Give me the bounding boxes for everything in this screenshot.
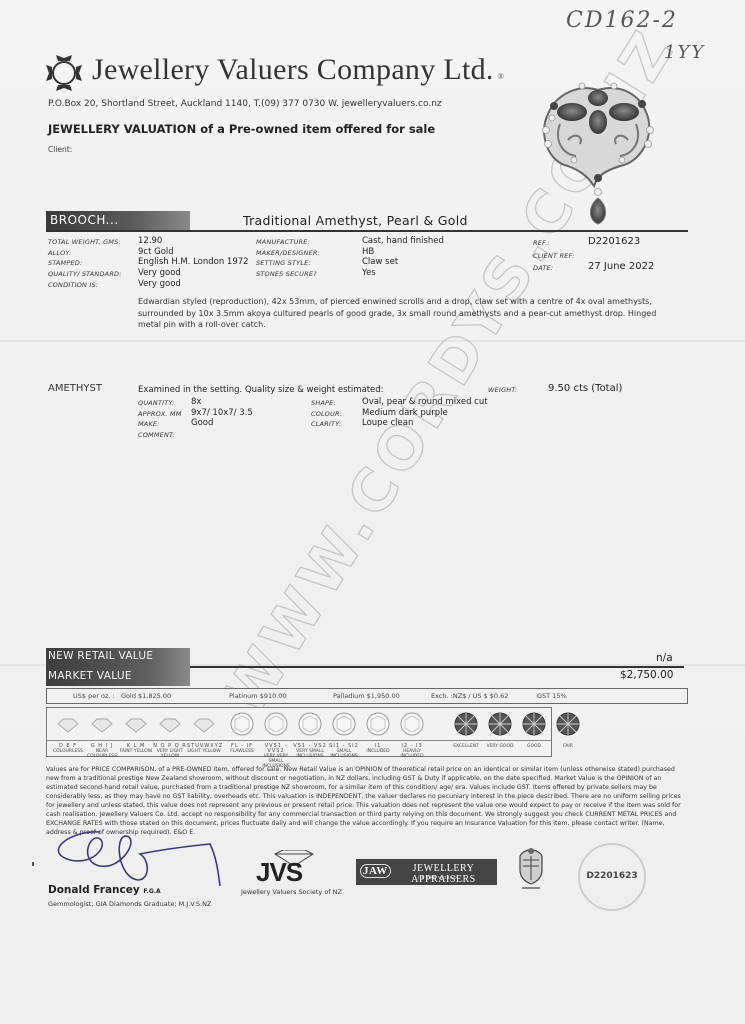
document-title: JEWELLERY VALUATION of a Pre-owned item … [48,122,435,136]
grade-colour: G H I JNEAR COLOURLESS [85,708,119,759]
jaw-name: JEWELLERY APPRAISERS [390,863,497,885]
diamond-side-icon [190,710,218,738]
jaw-mark: JAW [360,864,391,878]
new-retail-value: n/a [656,652,673,664]
diamond-top-icon [452,710,480,738]
ref-field-value: D2201623 [588,236,640,247]
gold-price: Gold $1,825.00 [121,692,171,700]
stone-field-label: COMMENT: [138,431,175,439]
diamond-top-icon [228,710,256,738]
company-address: P.O.Box 20, Shortland Street, Auckland 1… [48,99,442,109]
value-bar: NEW RETAIL VALUE MARKET VALUE [46,648,190,686]
grade-caption: K L MFAINT YELLOW [119,744,153,754]
item-field-value: Yes [362,268,376,278]
valuer-credentials: Gemmologist; GIA Diamonds Graduate; M.J.… [48,900,211,908]
item-field-label: TOTAL WEIGHT, Gms: [48,238,121,246]
stone-weight-value: 9.50 cts (Total) [548,383,622,394]
stone-field-value: 9x7/ 10x7/ 3.5 [191,408,253,418]
company-name: Jewellery Valuers Company Ltd.® [92,53,504,87]
grade-desc: FLAWLESS [230,749,254,754]
grade-cut: EXCELLENT [449,708,483,749]
diamond-top-icon [262,710,290,738]
stone-field-label: MAKE: [138,420,160,428]
grade-cut: GOOD [517,708,551,749]
valuer-name: Donald Francey F.G.A [48,884,161,896]
ref-field-value: 27 June 2022 [588,261,654,272]
grade-desc: VERY SMALL INCLUSIONS [296,749,324,759]
item-field-value: Cast, hand finished [362,236,444,246]
jaw-subtitle: OF THE WORLD [418,875,457,880]
handwritten-note: 1YY [664,42,705,63]
grade-desc: LIGHT YELLOW [187,749,220,754]
grade-cut: VERY GOOD [483,708,517,749]
stone-field-label: SHAPE: [311,399,336,407]
stone-field-value: Good [191,418,213,428]
item-field-value: English H.M. London 1972 [138,257,249,267]
grade-caption: N O P Q RVERY LIGHT YELLOW [153,744,187,759]
stone-note: Examined in the setting. Quality size & … [138,385,384,395]
exchange-rate: Exch. :NZ$ / US $ $0.62 [431,692,508,700]
coat-of-arms-icon [514,846,548,892]
grade-colour: N O P Q RVERY LIGHT YELLOW [153,708,187,759]
diamond-side-icon [54,710,82,738]
grade-clarity: FL - IFFLAWLESS [225,708,259,754]
stone-field-value: Oval, pear & round mixed cut [362,397,488,407]
grade-clarity: VS1 - VS2VERY SMALL INCLUSIONS [293,708,327,759]
item-field-label: MANUFACTURE: [256,238,310,246]
jvs-logo: JVS [256,857,302,888]
item-field-label: STAMPED: [48,259,82,267]
diamond-top-icon [364,710,392,738]
ref-field-label: REF.: [533,239,550,247]
value-rule [190,666,684,668]
diamond-side-icon [122,710,150,738]
grade-caption: VS1 - VS2VERY SMALL INCLUSIONS [293,744,327,759]
item-field-label: MAKER/DESIGNER: [256,249,320,257]
grade-desc: FAINT YELLOW [120,749,153,754]
grade-colour: D E FCOLOURLESS [51,708,85,754]
signature-scribble [40,826,250,888]
grade-desc: NEAR COLOURLESS [87,749,117,759]
grade-caption: FAIR [551,744,585,749]
stone-name: AMETHYST [48,383,102,394]
valuer-postnominal: F.G.A [143,888,160,895]
grade-caption: GOOD [517,744,551,749]
title-rest: of a Pre-owned item offered for sale [196,122,435,136]
item-field-value: HB [362,247,374,257]
stone-field-label: QUANTITY: [138,399,174,407]
ref-field-label: DATE: [533,264,553,272]
item-field-label: SETTING STYLE: [256,259,311,267]
diamond-side-icon [156,710,184,738]
diamond-top-icon [520,710,548,738]
diamond-side-icon [88,710,116,738]
grade-caption: FL - IFFLAWLESS [225,744,259,754]
grade-clarity: VVS1 - VVS2VERY VERY SMALL INCLUSIONS [259,708,293,769]
stone-field-label: COLOUR: [311,410,342,418]
grade-caption: D E FCOLOURLESS [51,744,85,754]
platinum-price: Platinum $910.00 [229,692,287,700]
grade-clarity: I1INCLUDED [361,708,395,754]
new-retail-label: NEW RETAIL VALUE [48,650,153,662]
grade-caption: G H I JNEAR COLOURLESS [85,744,119,759]
grade-desc: HEAVILY INCLUDED [400,749,423,759]
stone-weight-label: WEIGHT: [488,386,517,394]
stone-field-label: CLARITY: [311,420,341,428]
jvs-caption: Jewellery Valuers Society of NZ [241,888,342,896]
valuation-document: WWW.CORDYS.CO.NZ CD162-2 1YY Jewellery V… [0,0,745,1024]
ink-mark [32,862,34,866]
item-field-label: STONES SECURE? [256,270,317,278]
handwritten-code: CD162-2 [566,8,678,33]
item-title: Traditional Amethyst, Pearl & Gold [243,213,468,228]
company-logo-icon [44,53,84,93]
stone-field-value: 8x [191,397,201,407]
item-field-value: 9ct Gold [138,247,174,257]
grading-chart: D E FCOLOURLESSG H I JNEAR COLOURLESSK L… [46,707,552,757]
grade-desc: INCLUDED [366,749,389,754]
item-field-label: CONDITION IS: [48,281,98,289]
grade-clarity: I2 - I3HEAVILY INCLUDED [395,708,429,759]
seal-reference: D2201623 [580,871,644,881]
brooch-photo [538,74,658,226]
company-seal: D2201623 [578,843,646,911]
section-rule [46,230,688,232]
diamond-top-icon [330,710,358,738]
grade-clarity: SI1 - SI2SMALL INCLUSIONS [327,708,361,759]
grade-caption: VERY GOOD [483,744,517,749]
diamond-top-icon [486,710,514,738]
item-field-label: ALLOY: [48,249,71,257]
item-field-value: Claw set [362,257,398,267]
client-label: Client: [48,145,72,154]
grade-code: VVS1 - VVS2 [259,744,293,754]
stone-field-label: APPROX. MM [138,410,182,418]
company-name-text: Jewellery Valuers Company Ltd. [92,53,494,86]
grade-desc: VERY LIGHT YELLOW [157,749,183,759]
grade-colour: STUVWXYZLIGHT YELLOW [187,708,221,754]
stone-field-value: Loupe clean [362,418,413,428]
grade-caption: STUVWXYZLIGHT YELLOW [187,744,221,754]
ref-field-label: CLIENT REF: [533,252,575,260]
grade-caption: EXCELLENT [449,744,483,749]
item-description: Edwardian styled (reproduction), 42x 53m… [138,296,678,331]
grade-caption: I2 - I3HEAVILY INCLUDED [395,744,429,759]
gst-rate: GST 15% [537,692,567,700]
item-field-value: Very good [138,279,181,289]
diamond-top-icon [398,710,426,738]
diamond-top-icon [296,710,324,738]
item-field-label: QUALITY/ STANDARD: [48,270,122,278]
stone-field-value: Medium dark purple [362,408,448,418]
metal-prices-strip: US$ per oz. : Gold $1,825.00 Platinum $9… [46,688,688,704]
palladium-price: Palladium $1,950.00 [333,692,400,700]
grade-desc: COLOURLESS [53,749,83,754]
registered-mark: ® [498,72,504,81]
item-field-value: 12.90 [138,236,162,246]
title-bold: JEWELLERY VALUATION [48,122,196,136]
grade-caption: SI1 - SI2SMALL INCLUSIONS [327,744,361,759]
market-value-label: MARKET VALUE [48,670,132,682]
metal-prices-prefix: US$ per oz. : [73,692,115,700]
item-field-value: Very good [138,268,181,278]
jaw-logo: JAW JEWELLERY APPRAISERS OF THE WORLD [356,859,497,885]
item-category-bar: BROOCH... [46,211,190,231]
grade-cut: FAIR [551,708,585,749]
paper-fold [0,340,745,342]
market-value: $2,750.00 [620,669,673,681]
grade-colour: K L MFAINT YELLOW [119,708,153,754]
grade-caption: I1INCLUDED [361,744,395,754]
valuer-name-text: Donald Francey [48,884,140,896]
diamond-top-icon [554,710,582,738]
grade-desc: SMALL INCLUSIONS [330,749,357,759]
